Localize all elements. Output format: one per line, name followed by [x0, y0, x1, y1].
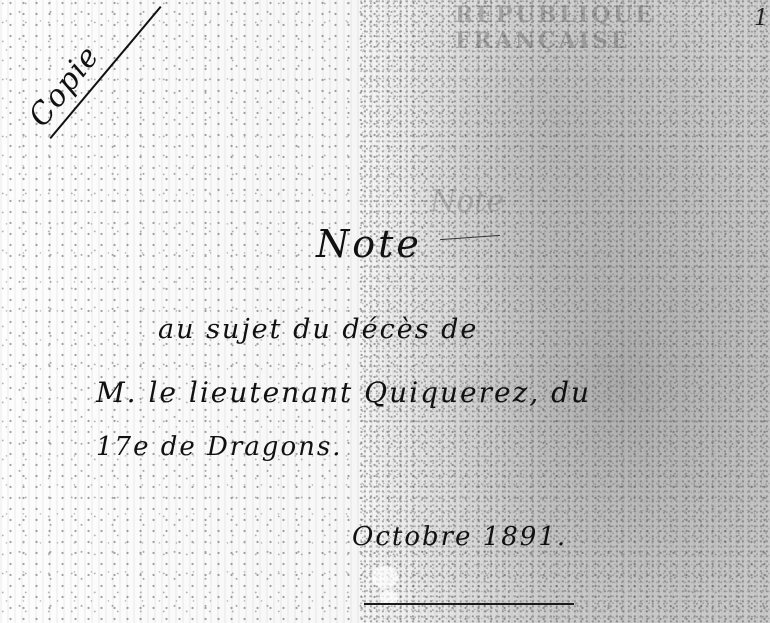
ghost-stamp: Note	[430, 184, 504, 219]
subject-line-1: au sujet du décès de	[158, 314, 478, 345]
title-flourish	[440, 235, 500, 240]
page-number: 1	[754, 6, 768, 31]
faint-letterhead: RÉPUBLIQUE FRANÇAISE	[455, 2, 770, 54]
subject-line-3: 17e de Dragons.	[96, 432, 342, 462]
document-title: Note	[316, 222, 422, 266]
paper-blot	[372, 566, 398, 588]
document-page: RÉPUBLIQUE FRANÇAISE 1 Copie Note Note a…	[0, 0, 770, 623]
document-date: Octobre 1891.	[352, 522, 567, 552]
closing-rule	[364, 603, 574, 605]
subject-line-2: M. le lieutenant Quiquerez, du	[96, 376, 591, 409]
